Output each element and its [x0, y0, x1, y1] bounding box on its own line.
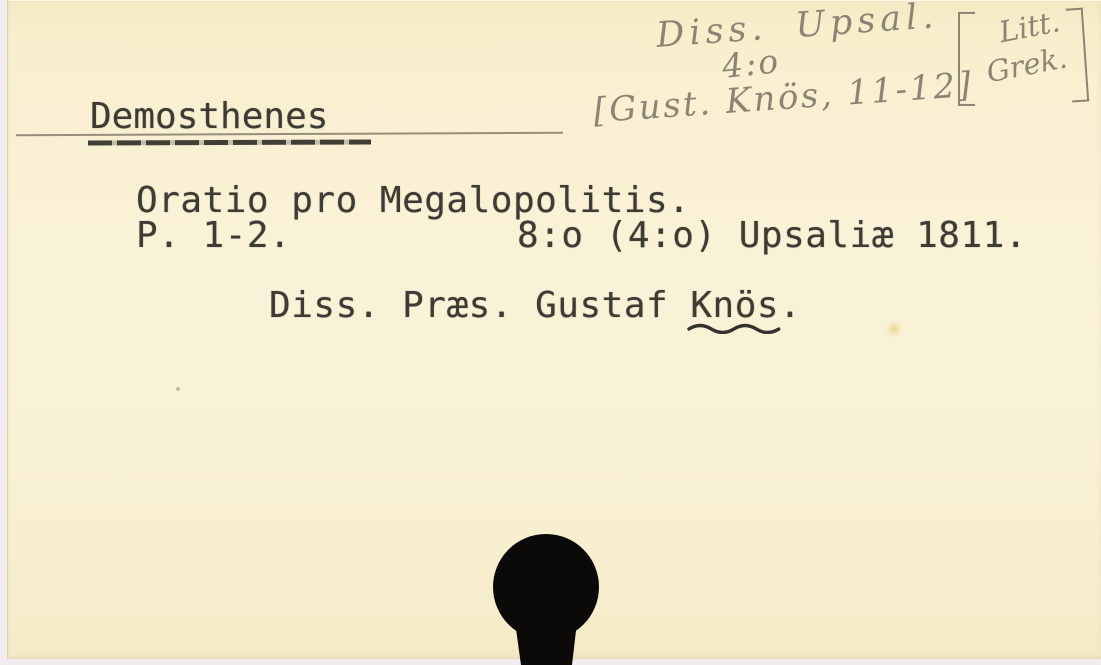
right-bracket-mark	[1066, 8, 1090, 103]
paper-stain	[886, 320, 902, 338]
paper-speck	[176, 387, 180, 391]
handwritten-subject-classification: Litt. Grek.	[956, 6, 1087, 108]
subject-grek-label: Grek.	[984, 40, 1070, 89]
entry-title: Oratio pro Megalopolitis.	[136, 183, 690, 218]
catalog-card-scan: Diss. Upsal. 4:o [Gust. Knös, 11-12] Lit…	[0, 0, 1101, 665]
heading-underline-heavy	[88, 140, 371, 146]
entry-format-imprint: 8:o (4:o) Upsaliæ 1811.	[517, 218, 1027, 253]
handwritten-dissertation-note: Diss. Upsal.	[655, 0, 940, 56]
entry-diss-suffix: .	[779, 285, 801, 326]
punch-hole-icon	[488, 530, 606, 665]
entry-diss-prefix: Diss. Præs. Gustaf	[269, 285, 690, 326]
entry-pages: P. 1-2.	[136, 218, 291, 253]
praeses-name-underlined: Knös	[690, 288, 779, 323]
handwritten-reference-note: [Gust. Knös, 11-12]	[592, 65, 975, 131]
wavy-underline	[687, 321, 781, 334]
praeses-name: Knös	[690, 285, 779, 326]
entry-dissertation-line: Diss. Præs. Gustaf Knös.	[136, 253, 801, 358]
left-bracket-mark	[958, 12, 975, 106]
card-heading-author: Demosthenes	[90, 99, 328, 134]
